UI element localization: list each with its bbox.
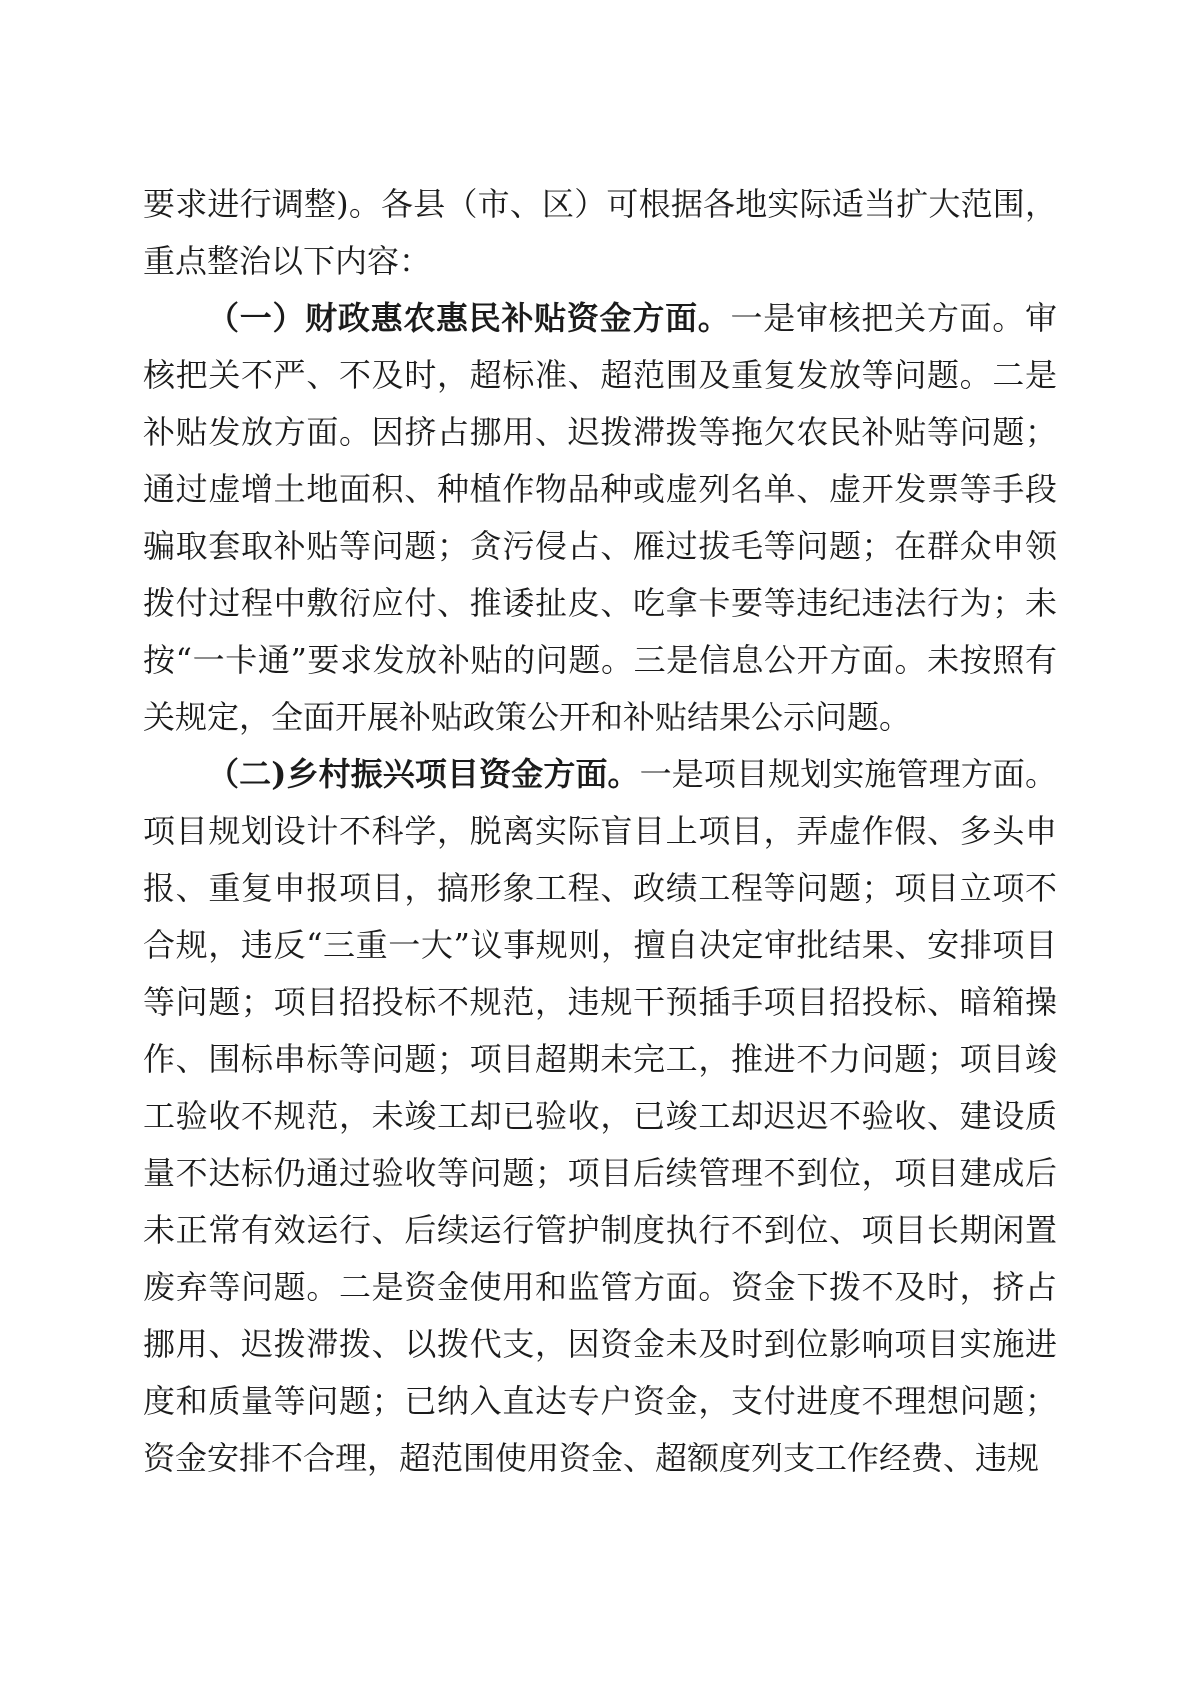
paragraph-section-1: （一）财政惠农惠民补贴资金方面。一是审核把关方面。审核把关不严、不及时，超标准、…	[143, 290, 1057, 746]
paragraph-continuation: 要求进行调整)。各县（市、区）可根据各地实际适当扩大范围，重点整治以下内容：	[143, 176, 1057, 290]
paragraph-section-2: （二)乡村振兴项目资金方面。一是项目规划实施管理方面。项目规划设计不科学，脱离实…	[143, 746, 1057, 1487]
document-page: 要求进行调整)。各县（市、区）可根据各地实际适当扩大范围，重点整治以下内容： （…	[0, 0, 1190, 1683]
paragraph-continuation-text: 要求进行调整)。各县（市、区）可根据各地实际适当扩大范围，重点整治以下内容：	[143, 185, 1057, 280]
section-2-body-text: 一是项目规划实施管理方面。项目规划设计不科学，脱离实际盲目上项目，弄虚作假、多头…	[143, 755, 1057, 1477]
document-body: 要求进行调整)。各县（市、区）可根据各地实际适当扩大范围，重点整治以下内容： （…	[143, 176, 1057, 1487]
section-1-body-text: 一是审核把关方面。审核把关不严、不及时，超标准、超范围及重复发放等问题。二是补贴…	[143, 299, 1057, 736]
section-1-heading: （一）财政惠农惠民补贴资金方面。	[207, 299, 731, 337]
section-2-heading: （二)乡村振兴项目资金方面。	[207, 755, 640, 793]
